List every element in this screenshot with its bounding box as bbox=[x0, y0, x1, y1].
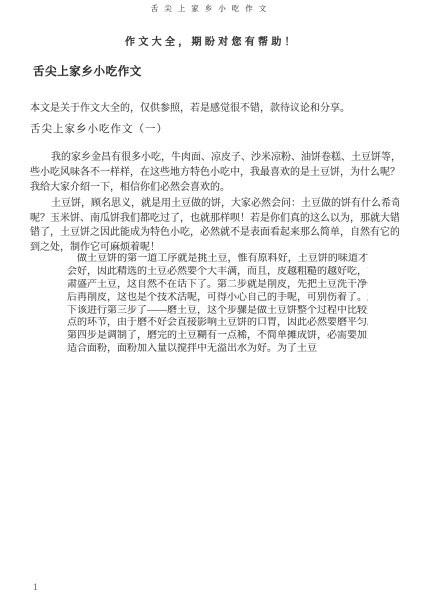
text-line: 下该进行第三步了——磨土豆，这个步骤是做土豆饼整个过程中比较重 bbox=[67, 305, 368, 318]
page-number: 1 bbox=[33, 582, 38, 593]
text-line: 做土豆饼的第一道工序就是挑土豆，惟有原料好，土豆饼的味道才 bbox=[67, 253, 368, 266]
text-line: 我的家乡金昌有很多小吃，牛肉面、凉皮子、沙米凉粉、油饼卷糕、土豆饼等，这 bbox=[30, 150, 399, 165]
paragraph-3-blockquote: 做土豆饼的第一道工序就是挑土豆，惟有原料好，土豆饼的味道才会好，因此精选的土豆必… bbox=[67, 253, 368, 356]
document-page: 舌尖上家乡小吃作文 作文大全，期盼对您有帮助！ 舌尖上家乡小吃作文 本文是关于作… bbox=[0, 0, 423, 600]
section-title: 舌尖上家乡小吃作文（一） bbox=[30, 123, 168, 137]
text-line: 点的环节，由于磨不好会直接影响土豆饼的口胃，因此必然要磨平匀。 bbox=[67, 317, 368, 330]
text-line: 呢？玉米饼、南瓜饼我们都吃过了，也就那样呗！若是你们真的这么以为，那就大错特 bbox=[30, 212, 399, 227]
intro-line: 本文是关于作文大全的，仅供参照，若是感觉很不错，款待议论和分享。 bbox=[30, 102, 410, 116]
text-line: 第四步是调制了，磨完的土豆糊有一点稀，不简单摊成饼，必需要加入 bbox=[67, 330, 368, 343]
text-line: 我给大家介绍一下，相信你们必然会喜欢的。 bbox=[30, 180, 399, 195]
document-title: 舌尖上家乡小吃作文 bbox=[33, 65, 142, 79]
paragraph-2: 土豆饼，顾名思义，就是用土豆做的饼，大家必然会问：土豆做的饼有什么希奇的呢？玉米… bbox=[30, 197, 399, 255]
text-line: 些小吃风味各不一样样，在这些地方特色小吃中，我最喜欢的是土豆饼，为什么呢？让 bbox=[30, 165, 399, 180]
text-line: 会好，因此精选的土豆必然要个大丰满，而且，皮越粗糙的越好吃，甘 bbox=[67, 266, 368, 279]
text-line: 后再削皮，这也是个技术活呢，可得小心自己的手呢，可别伤着了。这 bbox=[67, 292, 368, 305]
paragraph-1: 我的家乡金昌有很多小吃，牛肉面、凉皮子、沙米凉粉、油饼卷糕、土豆饼等，这些小吃风… bbox=[30, 150, 399, 195]
text-line: 错了，土豆饼之因此能成为特色小吃，必然就不是表面看起来那么简单，自然有它的独 bbox=[30, 226, 399, 241]
text-line: 肃盛产土豆，这自然不在话下了。第二步就是削皮，先把土豆洗干净今 bbox=[67, 279, 368, 292]
text-line: 适合面粉，面粉加入量以搅拌中无溢出水为好。为了土豆 bbox=[67, 343, 368, 356]
text-line: 土豆饼，顾名思义，就是用土豆做的饼，大家必然会问：土豆做的饼有什么希奇的 bbox=[30, 197, 399, 212]
document-header: 舌尖上家乡小吃作文 bbox=[0, 4, 423, 14]
notice-line: 作文大全，期盼对您有帮助！ bbox=[0, 36, 423, 49]
